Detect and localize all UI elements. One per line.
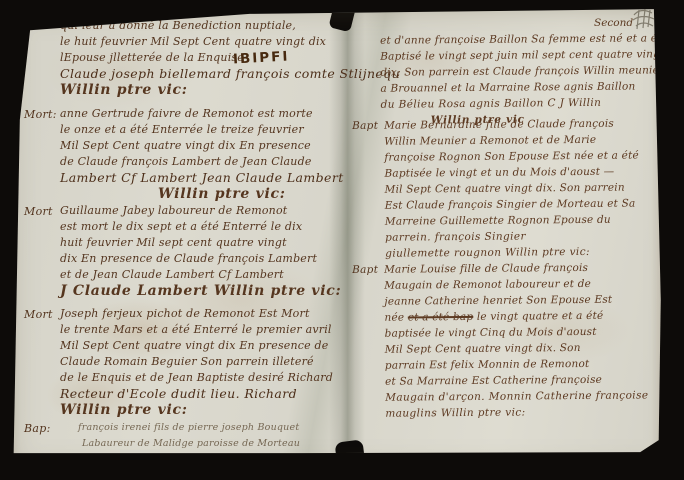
manuscript-line: françoise Rognon Son Epouse Est née et a… [384, 147, 662, 165]
manuscript-line: Est Claude françois Singier de Morteau e… [385, 195, 663, 213]
signature-line: Maugain d'arçon. Monnin Catherine franço… [385, 387, 663, 405]
scan-photo: qui leur a donné la Benediction nuptiale… [0, 0, 684, 480]
right-page: Second et d'anne françoise Baillon Sa fe… [0, 0, 684, 480]
margin-label-bapt: Bapt [352, 120, 378, 132]
text-segment: née [384, 311, 407, 323]
priest-signature: mauglins Willin ptre vic: [385, 403, 663, 421]
manuscript-spread: qui leur a donné la Benediction nuptiale… [0, 0, 684, 480]
page-corner-label: Second [594, 17, 633, 29]
margin-label-bapt: Bapt [352, 264, 378, 276]
register-entry: et d'anne françoise Baillon Sa femme est… [350, 30, 663, 129]
manuscript-line: a Brouannel et la Marraine Rose agnis Ba… [380, 78, 662, 96]
struck-text: et a été bap [408, 311, 474, 324]
register-entry: Bapt Marie Louise fille de Claude franço… [350, 259, 663, 422]
register-entry: Bapt Marie Bernardine fille de Claude fr… [350, 115, 663, 262]
text-segment: le vingt quatre et a été [473, 310, 603, 323]
